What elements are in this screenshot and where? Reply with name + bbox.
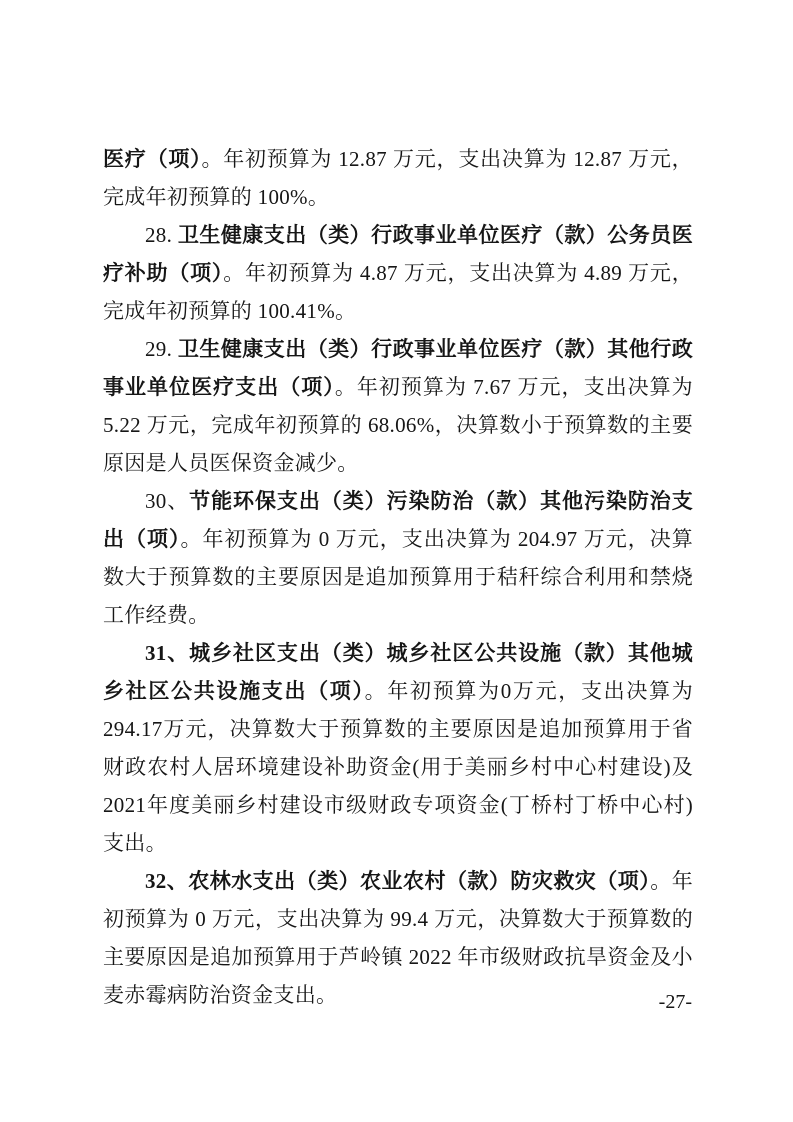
document-body: 医疗（项）。年初预算为 12.87 万元，支出决算为 12.87 万元，完成年初… xyxy=(103,140,693,1014)
document-page: 医疗（项）。年初预算为 12.87 万元，支出决算为 12.87 万元，完成年初… xyxy=(0,0,793,1122)
budget-item-text: 28. xyxy=(145,223,178,247)
paragraph-item-29: 29. 卫生健康支出（类）行政事业单位医疗（款）其他行政事业单位医疗支出（项）。… xyxy=(103,330,693,482)
budget-item-text: 。年初预算为0万元，支出决算为294.17万元，决算数大于预算数的主要原因是追加… xyxy=(103,679,693,855)
budget-item-text: 。年初预算为 0 万元，支出决算为 204.97 万元，决算数大于预算数的主要原… xyxy=(103,527,693,627)
budget-item-text: 29. xyxy=(145,337,178,361)
paragraph-item-28: 28. 卫生健康支出（类）行政事业单位医疗（款）公务员医疗补助（项）。年初预算为… xyxy=(103,216,693,330)
budget-item-text: 30、 xyxy=(145,489,189,513)
budget-item-heading: 32、农林水支出（类）农业农村（款）防灾救灾（项） xyxy=(145,869,650,893)
budget-item-heading: 医疗（项） xyxy=(103,147,201,171)
paragraph-item-31: 31、城乡社区支出（类）城乡社区公共设施（款）其他城乡社区公共设施支出（项）。年… xyxy=(103,634,693,862)
page-number: -27- xyxy=(659,990,692,1014)
paragraph-item-30: 30、节能环保支出（类）污染防治（款）其他污染防治支出（项）。年初预算为 0 万… xyxy=(103,482,693,634)
paragraph-item-27-continuation: 医疗（项）。年初预算为 12.87 万元，支出决算为 12.87 万元，完成年初… xyxy=(103,140,693,216)
paragraph-item-32: 32、农林水支出（类）农业农村（款）防灾救灾（项）。年初预算为 0 万元，支出决… xyxy=(103,862,693,1014)
